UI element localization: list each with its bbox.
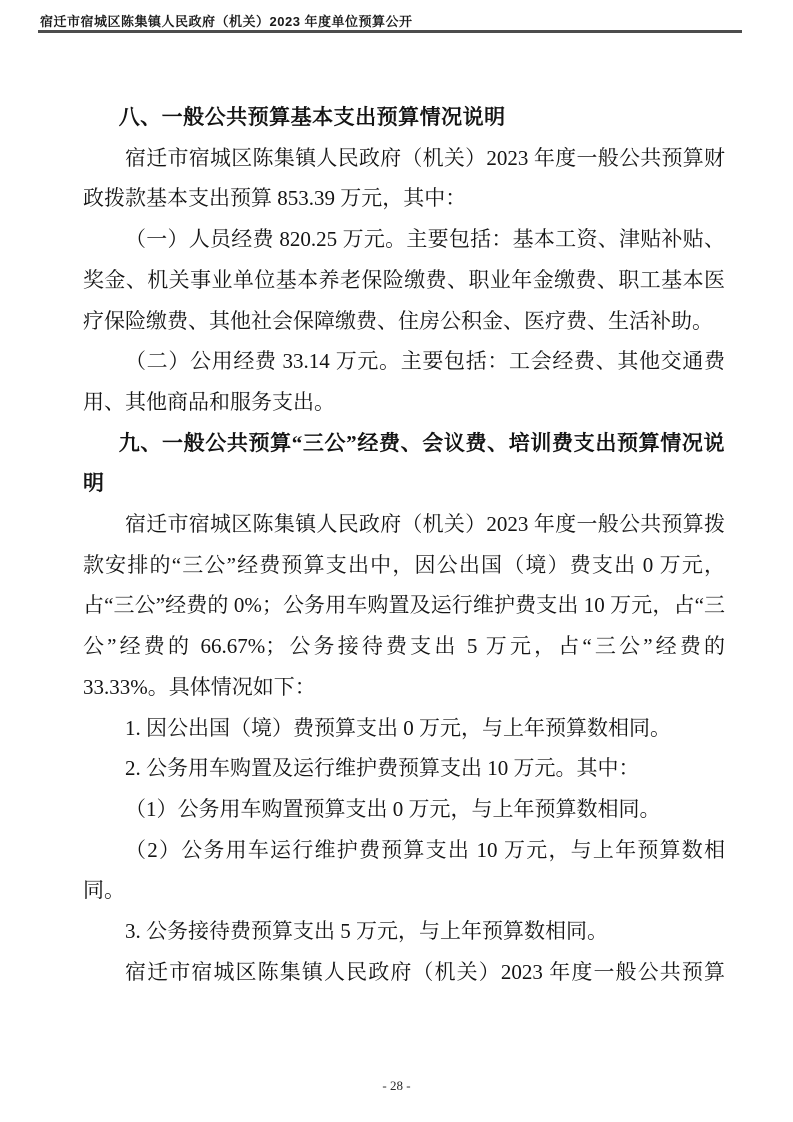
section-heading: 九、一般公共预算“三公”经费、会议费、培训费支出预算情况说明 — [83, 423, 725, 504]
body-paragraph: 宿迁市宿城区陈集镇人民政府（机关）2023 年度一般公共预算拨款安排的“三公”经… — [83, 504, 725, 708]
body-paragraph: 宿迁市宿城区陈集镇人民政府（机关）2023 年度一般公共预算财政拨款基本支出预算… — [83, 138, 725, 219]
page-number: - 28 - — [0, 1078, 793, 1094]
header-rule — [38, 30, 742, 33]
document-body: 八、一般公共预算基本支出预算情况说明宿迁市宿城区陈集镇人民政府（机关）2023 … — [83, 97, 725, 992]
body-paragraph: 2. 公务用车购置及运行维护费预算支出 10 万元。其中： — [83, 748, 725, 789]
body-paragraph: （1）公务用车购置预算支出 0 万元，与上年预算数相同。 — [83, 789, 725, 830]
body-paragraph: 1. 因公出国（境）费预算支出 0 万元，与上年预算数相同。 — [83, 708, 725, 749]
document-page: 宿迁市宿城区陈集镇人民政府（机关）2023 年度单位预算公开 八、一般公共预算基… — [0, 0, 793, 1122]
body-paragraph: 3. 公务接待费预算支出 5 万元，与上年预算数相同。 — [83, 911, 725, 952]
body-paragraph: （二）公用经费 33.14 万元。主要包括：工会经费、其他交通费用、其他商品和服… — [83, 341, 725, 422]
body-paragraph: （一）人员经费 820.25 万元。主要包括：基本工资、津贴补贴、奖金、机关事业… — [83, 219, 725, 341]
body-paragraph: 宿迁市宿城区陈集镇人民政府（机关）2023 年度一般公共预算 — [83, 952, 725, 993]
section-heading: 八、一般公共预算基本支出预算情况说明 — [83, 97, 725, 138]
page-header-title: 宿迁市宿城区陈集镇人民政府（机关）2023 年度单位预算公开 — [40, 11, 742, 30]
body-paragraph: （2）公务用车运行维护费预算支出 10 万元，与上年预算数相同。 — [83, 830, 725, 911]
